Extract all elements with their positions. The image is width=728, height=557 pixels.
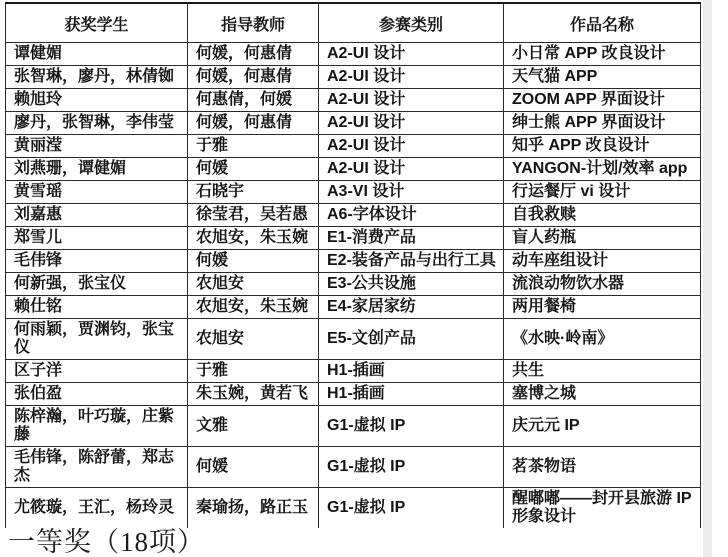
column-header-category: 参赛类别: [319, 3, 504, 43]
table-row: 毛伟锋，陈舒蕾，郑志杰何媛G1-虚拟 IP茗茶物语: [6, 447, 701, 488]
header-row: 获奖学生 指导教师 参赛类别 作品名称: [6, 3, 701, 43]
cell-students: 刘燕珊，谭健媚: [6, 158, 188, 181]
cell-students: 赖仕铭: [6, 296, 188, 319]
cell-category: A2-UI 设计: [319, 112, 504, 135]
tier-caption: 一等奖（18项）: [8, 520, 205, 557]
column-header-work: 作品名称: [504, 3, 701, 43]
cell-category: E2-装备产品与出行工具: [319, 250, 504, 273]
cell-teachers: 石晓宇: [188, 181, 319, 204]
table-row: 刘嘉惠徐莹君，吴若愚A6-字体设计自我救赎: [6, 204, 701, 227]
cell-teachers: 农旭安，朱玉婉: [188, 296, 319, 319]
cell-students: 毛伟锋，陈舒蕾，郑志杰: [6, 447, 188, 488]
scan-edge-shadow: [703, 0, 712, 557]
cell-category: A3-VI 设计: [319, 181, 504, 204]
cell-teachers: 何媛: [188, 447, 319, 488]
table-row: 毛伟锋何媛E2-装备产品与出行工具动车座组设计: [6, 250, 701, 273]
cell-teachers: 何媛，何惠倩: [188, 112, 319, 135]
cell-category: H1-插画: [319, 383, 504, 406]
column-header-teachers: 指导教师: [188, 3, 319, 43]
cell-work: 绅士熊 APP 界面设计: [504, 112, 701, 135]
cell-category: A2-UI 设计: [319, 158, 504, 181]
cell-work: 小日常 APP 改良设计: [504, 43, 701, 66]
cell-category: E5-文创产品: [319, 319, 504, 360]
cell-work: 天气猫 APP: [504, 66, 701, 89]
cell-students: 谭健媚: [6, 43, 188, 66]
cell-students: 张智琳，廖丹，林倩铷: [6, 66, 188, 89]
cell-students: 赖旭玲: [6, 89, 188, 112]
table-row: 张伯盈朱玉婉，黄若飞H1-插画塞博之城: [6, 383, 701, 406]
cell-work: 行运餐厅 vi 设计: [504, 181, 701, 204]
cell-work: 知乎 APP 改良设计: [504, 135, 701, 158]
cell-teachers: 何媛: [188, 158, 319, 181]
cell-category: G1-虚拟 IP: [319, 488, 504, 529]
cell-students: 刘嘉惠: [6, 204, 188, 227]
table-row: 区子洋于雅H1-插画共生: [6, 360, 701, 383]
cell-teachers: 秦瑜扬，路正玉: [188, 488, 319, 529]
table-row: 黄雪瑶石晓宇A3-VI 设计行运餐厅 vi 设计: [6, 181, 701, 204]
cell-teachers: 何媛，何惠倩: [188, 43, 319, 66]
cell-students: 张伯盈: [6, 383, 188, 406]
cell-students: 廖丹，张智琳，李伟莹: [6, 112, 188, 135]
cell-teachers: 朱玉婉，黄若飞: [188, 383, 319, 406]
cell-work: 共生: [504, 360, 701, 383]
table-row: 张智琳，廖丹，林倩铷何媛，何惠倩A2-UI 设计天气猫 APP: [6, 66, 701, 89]
cell-students: 陈梓瀚，叶巧璇，庄紫藤: [6, 406, 188, 447]
cell-work: 自我救赎: [504, 204, 701, 227]
cell-teachers: 于雅: [188, 135, 319, 158]
cell-students: 郑雪儿: [6, 227, 188, 250]
awards-table: 获奖学生 指导教师 参赛类别 作品名称 谭健媚何媛，何惠倩A2-UI 设计小日常…: [5, 2, 701, 528]
cell-work: 动车座组设计: [504, 250, 701, 273]
cell-work: 《水映·岭南》: [504, 319, 701, 360]
cell-students: 毛伟锋: [6, 250, 188, 273]
cell-work: 醒嘟嘟——封开县旅游 IP 形象设计: [504, 488, 701, 529]
cell-teachers: 农旭安: [188, 319, 319, 360]
cell-category: E1-消费产品: [319, 227, 504, 250]
cell-category: G1-虚拟 IP: [319, 447, 504, 488]
cell-work: 盲人药瓶: [504, 227, 701, 250]
cell-category: A2-UI 设计: [319, 66, 504, 89]
cell-students: 黄雪瑶: [6, 181, 188, 204]
table-row: 廖丹，张智琳，李伟莹何媛，何惠倩A2-UI 设计绅士熊 APP 界面设计: [6, 112, 701, 135]
cell-teachers: 农旭安，朱玉婉: [188, 227, 319, 250]
table-body: 谭健媚何媛，何惠倩A2-UI 设计小日常 APP 改良设计张智琳，廖丹，林倩铷何…: [6, 43, 701, 529]
cell-students: 何新强，张宝仪: [6, 273, 188, 296]
cell-teachers: 于雅: [188, 360, 319, 383]
cell-category: A2-UI 设计: [319, 43, 504, 66]
cell-students: 何雨颖，贾渊钧，张宝仪: [6, 319, 188, 360]
cell-teachers: 徐莹君，吴若愚: [188, 204, 319, 227]
table-row: 黄丽滢于雅A2-UI 设计知乎 APP 改良设计: [6, 135, 701, 158]
table-row: 刘燕珊，谭健媚何媛A2-UI 设计YANGON-计划/效率 app: [6, 158, 701, 181]
table-row: 赖旭玲何惠倩，何媛A2-UI 设计ZOOM APP 界面设计: [6, 89, 701, 112]
cell-teachers: 何媛: [188, 250, 319, 273]
cell-teachers: 农旭安: [188, 273, 319, 296]
cell-teachers: 何惠倩，何媛: [188, 89, 319, 112]
cell-category: E3-公共设施: [319, 273, 504, 296]
table-row: 谭健媚何媛，何惠倩A2-UI 设计小日常 APP 改良设计: [6, 43, 701, 66]
cell-teachers: 何媛，何惠倩: [188, 66, 319, 89]
cell-students: 区子洋: [6, 360, 188, 383]
cell-work: 流浪动物饮水器: [504, 273, 701, 296]
cell-work: 茗茶物语: [504, 447, 701, 488]
cell-work: 两用餐椅: [504, 296, 701, 319]
cell-category: A2-UI 设计: [319, 89, 504, 112]
table-row: 何新强，张宝仪农旭安E3-公共设施流浪动物饮水器: [6, 273, 701, 296]
cell-category: G1-虚拟 IP: [319, 406, 504, 447]
table-row: 何雨颖，贾渊钧，张宝仪农旭安E5-文创产品《水映·岭南》: [6, 319, 701, 360]
table-row: 郑雪儿农旭安，朱玉婉E1-消费产品盲人药瓶: [6, 227, 701, 250]
cell-work: ZOOM APP 界面设计: [504, 89, 701, 112]
cell-category: A6-字体设计: [319, 204, 504, 227]
table-row: 赖仕铭农旭安，朱玉婉E4-家居家纺两用餐椅: [6, 296, 701, 319]
column-header-students: 获奖学生: [6, 3, 188, 43]
cell-work: 庆元元 IP: [504, 406, 701, 447]
cell-category: H1-插画: [319, 360, 504, 383]
cell-work: YANGON-计划/效率 app: [504, 158, 701, 181]
cell-work: 塞博之城: [504, 383, 701, 406]
cell-teachers: 文雅: [188, 406, 319, 447]
cell-category: A2-UI 设计: [319, 135, 504, 158]
cell-students: 黄丽滢: [6, 135, 188, 158]
table-row: 陈梓瀚，叶巧璇，庄紫藤文雅G1-虚拟 IP庆元元 IP: [6, 406, 701, 447]
cell-category: E4-家居家纺: [319, 296, 504, 319]
awards-table-header: 获奖学生 指导教师 参赛类别 作品名称: [6, 3, 701, 43]
